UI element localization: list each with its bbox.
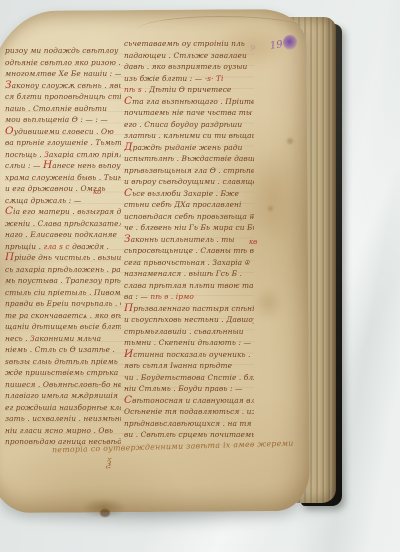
- ink-text-run: стрьмьглавшіи . сьвалѣнныи: [124, 327, 244, 336]
- manuscript-line: Драждѣ рыданіе жень ради: [124, 142, 254, 154]
- manuscript-line: те ра скончаваетсѧ . яко вѣ: [5, 310, 121, 322]
- manuscript-line: падающеи . Стльже завалаеи: [124, 50, 254, 62]
- stain: [100, 509, 110, 517]
- ink-text-run: сьчетаваемѣ оу строініи пль: [124, 39, 245, 48]
- manuscript-line: сѫща дрьжаль : —: [5, 195, 121, 207]
- ink-text-run: аконоу слоужѫ свѣнь . яви: [12, 81, 121, 90]
- rubric-text-run: З: [124, 234, 131, 245]
- rubric-text-run: И: [124, 349, 133, 360]
- faint-pencil-number: 9: [250, 44, 255, 53]
- manuscript-line: и вѣроу сьвѣдоущими . славящеи :—: [124, 176, 254, 188]
- rubric-text-run: пѣ ѕ .: [124, 85, 149, 94]
- manuscript-line: Законнь испльнитель . ты: [124, 234, 254, 246]
- ink-text-run: несь .: [5, 334, 30, 343]
- manuscript-line: Прѣзваленнаго пастыря спѣні: [124, 303, 254, 315]
- ink-text-run: раждѣ рыданіе жень ради: [133, 143, 243, 152]
- ink-text-run: слава прѣтлая пльти твоѥ та: [124, 281, 254, 290]
- manuscript-line: ѕвѣзы слыь дѣтѣль пріемь .: [5, 356, 121, 368]
- manuscript-line: наго . Елисавеѳи подкланяе: [5, 229, 121, 241]
- folio-number: 19: [269, 39, 283, 52]
- ink-text-run: ризоу ми подаждь свѣтлоу: [5, 46, 118, 55]
- ink-text-run: сѫща дрьжаль : —: [5, 196, 81, 205]
- manuscript-line: исповѣдася себѣ провьзвѣща ѿ Бо: [124, 211, 254, 223]
- ink-text-run: почитаемь ніе паче чьства ты: [124, 108, 252, 117]
- manuscript-line: златѣи . клѣними си ти вѣщаи : —: [124, 130, 254, 142]
- ink-text-run: та гла вьзпнѣющаго . Пріите: [132, 97, 254, 106]
- ink-text-run: слѣи : —: [5, 161, 43, 170]
- ink-text-run: зать . исхваленіи . неизмѣни: [5, 414, 121, 423]
- ink-text-run: правди вь Ереіи почрьпаль . Сі: [5, 299, 121, 308]
- ink-text-run: те ра скончаваетсѧ . яко вѣ: [5, 311, 121, 320]
- manuscript-line: изь бжіе блгти : — ·ѕ· Ті: [124, 73, 254, 85]
- ink-text-run: одѣяніе свѣтло яко ризою .: [5, 58, 121, 67]
- manuscript-line: слава прѣтлая пльти твоѥ та: [124, 280, 254, 292]
- manuscript-line: Сіа его матери . вьзыграя дви: [5, 206, 121, 218]
- ink-text-run: вѣтоносная и славнующая вльсоу: [132, 396, 254, 405]
- manuscript-line: Оудивишеми словеси . Ою: [5, 126, 121, 138]
- ink-text-run: ег рождьшіа наизборнѣе клад: [5, 403, 121, 412]
- manuscript-line: Сьсе вьзлюби Захаріе . Бже: [124, 188, 254, 200]
- ink-text-run: многомлтве Хе Бе нашіи : —: [5, 69, 121, 78]
- manuscript-line: и ега дрьжавнои . Омгль: [5, 183, 121, 195]
- ink-text-run: сьпросвѣщьнице . Славны тѣ вь: [124, 246, 254, 255]
- manuscript-line: ся блгти проповѣдницѣ стіи: [5, 91, 121, 103]
- manuscript-line: ніемь . Стль сь Ѳ изатѣе .: [5, 344, 121, 356]
- margin-gloss: кв: [249, 238, 257, 246]
- manuscript-line: че . блгвень ніи Гь Бь мира си Бь :—: [124, 222, 254, 234]
- manuscript-line: ег рождьшіа наизборнѣе клад: [5, 402, 121, 414]
- manuscript-line: сега прьвочьстьная . Захаріа ѿ: [124, 257, 254, 269]
- manuscript-line: чи . Боудетьствова Спстіе . блже: [124, 372, 254, 384]
- ink-text-run: падающеи . Стльже завалаеи: [124, 51, 247, 60]
- manuscript-line: одѣяніе свѣтло яко ризою .: [5, 57, 121, 69]
- ink-text-run: ахаріа стлю пріяль: [49, 150, 121, 159]
- ink-text-run: ьсе вьзлюби Захаріе . Бже: [132, 189, 239, 198]
- manuscript-line: сьчетаваемѣ оу строініи пль: [124, 38, 254, 50]
- ink-text-run: испытѣлнѣ . Вьждаствіе давше: [124, 154, 254, 163]
- ink-text-run: прѣднавьславѣющихся . на тя гла: [124, 419, 254, 428]
- ink-text-run: жде пришьствіемь стрѣка ита: [5, 368, 121, 377]
- ink-text-run: изь бжіе блгти : —: [124, 74, 205, 83]
- manuscript-line: сьпросвѣщьнице . Славны тѣ вь: [124, 245, 254, 257]
- manuscript-line: сь захаріа прѣдьложень . радоуе: [5, 264, 121, 276]
- rubric-text-run: З: [5, 80, 12, 91]
- ink-text-run: ніи гласи ясно мирно . Овь: [5, 426, 113, 435]
- ink-text-run: ва : —: [124, 292, 150, 301]
- rubric-text-run: О: [5, 126, 14, 137]
- manuscript-line: мои вьпльщеніа Ѳ : — : —: [5, 114, 121, 126]
- manuscript-line: зать . исхваленіи . неизмѣни: [5, 413, 121, 425]
- manuscript-line: испытѣлнѣ . Вьждаствіе давше: [124, 153, 254, 165]
- ink-text-run: явѣ сьтля Іѡанна прѣдте: [124, 361, 232, 370]
- ink-text-run: и сьоуспѣховь нестьни . Давшоу: [124, 315, 254, 324]
- manuscript-line: стыль сіи пріетыль . Пивомже: [5, 287, 121, 299]
- manuscript-line: явѣ сьтля Іѡанна прѣдте: [124, 360, 254, 372]
- manuscript-line: слѣи : — Нанесе нень вьпоутѣ: [5, 160, 121, 172]
- manuscript-line: ніи гласи ясно мирно . Овь: [5, 425, 121, 437]
- manuscript-line: ризоу ми подаждь свѣтлоу: [5, 45, 121, 57]
- ink-text-run: іа его матери . вьзыграя дви: [13, 207, 121, 216]
- rubric-text-run: С: [5, 206, 13, 217]
- ink-text-run: ніемь . Стль сь Ѳ изатѣе .: [5, 345, 115, 354]
- ink-text-run: исповѣдася себѣ провьзвѣща ѿ Бо: [124, 212, 254, 221]
- rubric-text-run: П: [124, 303, 133, 314]
- stain: [268, 206, 273, 211]
- ink-text-run: его . Списа боудоу раздрѣши: [124, 120, 242, 129]
- rubric-text-run: Н: [43, 160, 52, 171]
- ink-text-run: ѕвѣзы слыь дѣтѣль пріемь .: [5, 357, 121, 366]
- manuscript-line: жде пришьствіемь стрѣка ита: [5, 367, 121, 379]
- ink-text-run: плавіаго имѣла мѫдряишія . Ищоу: [5, 391, 121, 400]
- manuscript-line: стрьмьглавшіи . сьвалѣнныи: [124, 326, 254, 338]
- ink-text-run: рѣзваленнаго пастыря спѣні: [133, 304, 254, 313]
- manuscript-line: многомлтве Хе Бе нашіи : —: [5, 68, 121, 80]
- ink-text-run: че . блгвень ніи Гь Бь мира си Бь :—: [124, 223, 254, 232]
- manuscript-line: ва прѣніе глоушеніе . Тьмьть: [5, 137, 121, 149]
- ink-text-run: анесе нень вьпоутѣ: [52, 161, 121, 170]
- rubric-text-run: П: [5, 252, 14, 263]
- ink-text-run: давѣ . яко вьзприятель оузыи: [124, 62, 247, 71]
- rubric-text-run: С: [124, 395, 132, 406]
- stain: [287, 138, 293, 144]
- manuscript-line: храма слоуженіа бывь . Тьинѣ: [5, 172, 121, 184]
- ink-text-run: женіи . Слава прѣдсказатель: [5, 219, 121, 228]
- ink-text-run: посѣщь .: [5, 150, 44, 159]
- ink-text-run: пишеся . Овьянѣсловѣ-бо не: [5, 380, 121, 389]
- ink-text-run: Осѣненіе тя подавляються . иже: [124, 407, 254, 416]
- ink-text-run: сега прьвочьстьная . Захаріа ѿ: [124, 258, 249, 267]
- rubric-text-run: Д: [124, 142, 133, 153]
- rubric-text-run: С: [124, 188, 132, 199]
- ink-text-run: наго . Елисавеѳи подкланяе: [5, 230, 117, 239]
- ink-text-run: тьмни . Скепеніи дѣлають : —: [124, 338, 251, 347]
- ink-text-run: сь захаріа прѣдьложень . радоуе: [5, 265, 121, 274]
- manuscript-line: Истинна посказаль оученикь .: [124, 349, 254, 361]
- rubric-text-run: ·ѕ· Ті: [205, 74, 224, 83]
- ink-text-run: щаніи дѣтищемь вьсіе блгти .: [5, 322, 121, 331]
- ink-text-run: храма слоуженіа бывь . Тьинѣ: [5, 173, 121, 182]
- manuscript-line: назнаменался . вьішѣ Гсь Б .: [124, 268, 254, 280]
- ink-text-run: златѣи . клѣними си ти вѣщаи : —: [124, 131, 254, 140]
- manuscript-line: несь . Законними мльча: [5, 333, 121, 345]
- ink-text-run: назнаменался . вьішѣ Гсь Б .: [124, 269, 242, 278]
- ink-text-run: ріиде днь чистыль . вьзышина: [14, 253, 121, 262]
- manuscript-line: и сьоуспѣховь нестьни . Давшоу: [124, 314, 254, 326]
- ink-text-run: ви . Свѣтлѣ срцемь почитаемь Ѥоу :—: [124, 430, 254, 439]
- ink-text-run: мои вьпльщеніа Ѳ : — : —: [5, 115, 108, 124]
- manuscript-line: женіи . Слава прѣдсказатель: [5, 218, 121, 230]
- manuscript-line: ви . Свѣтлѣ срцемь почитаемь Ѥоу :—: [124, 429, 254, 441]
- ink-text-run: пашь . Столпніе видѣти: [5, 104, 107, 113]
- margin-gloss: ко: [93, 188, 101, 196]
- manuscript-line: Пріиде днь чистыль . вьзышина: [5, 252, 121, 264]
- rubric-text-run: пѣ ѳ . ірмо: [150, 292, 194, 301]
- ink-text-run: стинна посказаль оученикь .: [133, 350, 250, 359]
- manuscript-line: прѣвьзвѣщьныя гла Ѳ . стрѣпета: [124, 165, 254, 177]
- manuscript-line: прѣднавьславѣющихся . на тя гла: [124, 418, 254, 430]
- manuscript-line: почитаемь ніе паче чьства ты: [124, 107, 254, 119]
- stain: [253, 286, 283, 320]
- ink-text-run: и ега дрьжавнои . Омгль: [5, 184, 106, 193]
- ink-text-run: ся блгти проповѣдницѣ стіи: [5, 92, 121, 101]
- flourish-mark: ѯ: [106, 455, 111, 470]
- ink-text-run: аконними мльча: [35, 334, 101, 343]
- ink-text-run: ва прѣніе глоушеніе . Тьмьть: [5, 138, 121, 147]
- ink-text-run: прѣщіи .: [5, 242, 43, 251]
- ink-text-run: и вѣроу сьвѣдоущими . славящеи :—: [124, 177, 254, 186]
- text-column-left: ризоу ми подаждь свѣтлоуодѣяніе свѣтло я…: [5, 45, 121, 448]
- rubric-text-run: гла ѕ с: [43, 242, 69, 251]
- manuscript-line: пишеся . Овьянѣсловѣ-бо не: [5, 379, 121, 391]
- ink-text-run: стыль сіи пріетыль . Пивомже: [5, 288, 121, 297]
- ink-text-run: ніи Стльмь . Боуди правь : —: [124, 384, 243, 393]
- ink-text-run: Дѣтіи Ѳ причетесе: [149, 85, 231, 94]
- manuscript-line: Ста гла вьзпнѣющаго . Пріите: [124, 96, 254, 108]
- rubric-text-run: С: [124, 96, 132, 107]
- ink-text-run: дваждя .: [70, 242, 109, 251]
- manuscript-line: мь поустыва . Трапезоу прѣдь: [5, 275, 121, 287]
- manuscript-line: щаніи дѣтищемь вьсіе блгти .: [5, 321, 121, 333]
- ink-text-run: чи . Боудетьствова Спстіе . блже: [124, 373, 254, 382]
- manuscript-line: посѣщь . Захаріа стлю пріяль: [5, 149, 121, 161]
- manuscript-line: правди вь Ереіи почрьпаль . Сі: [5, 298, 121, 310]
- manuscript-line: Свѣтоносная и славнующая вльсоу: [124, 395, 254, 407]
- ink-text-run: удивишеми словеси . Ою: [14, 127, 114, 136]
- manuscript-line: пашь . Столпніе видѣти: [5, 103, 121, 115]
- manuscript-photo: ризоу ми подаждь свѣтлоуодѣяніе свѣтло я…: [0, 0, 400, 552]
- manuscript-line: ніи Стльмь . Боуди правь : —: [124, 383, 254, 395]
- ink-text-run: аконнь испльнитель . ты: [131, 235, 235, 244]
- manuscript-line: пѣ ѕ . Дѣтіи Ѳ причетесе: [124, 84, 254, 96]
- ink-text-run: прѣвьзвѣщьныя гла Ѳ . стрѣпета: [124, 166, 254, 175]
- manuscript-line: Осѣненіе тя подавляються . иже: [124, 406, 254, 418]
- manuscript-line: тьмни . Скепеніи дѣлають : —: [124, 337, 254, 349]
- manuscript-line: ва : — пѣ ѳ . ірмо: [124, 291, 254, 303]
- manuscript-line: стьни себѣ ДХа прославлені: [124, 199, 254, 211]
- manuscript-line: его . Списа боудоу раздрѣши: [124, 119, 254, 131]
- manuscript-line: плавіаго имѣла мѫдряишія . Ищоу: [5, 390, 121, 402]
- ink-text-run: стьни себѣ ДХа прославлені: [124, 200, 241, 209]
- text-column-right: сьчетаваемѣ оу строініи пльпадающеи . Ст…: [124, 38, 254, 441]
- manuscript-line: давѣ . яко вьзприятель оузыи: [124, 61, 254, 73]
- manuscript-line: Законоу слоужѫ свѣнь . яви: [5, 80, 121, 92]
- ink-text-run: мь поустыва . Трапезоу прѣдь: [5, 276, 121, 285]
- manuscript-line: прѣщіи . гла ѕ с дваждя .: [5, 241, 121, 253]
